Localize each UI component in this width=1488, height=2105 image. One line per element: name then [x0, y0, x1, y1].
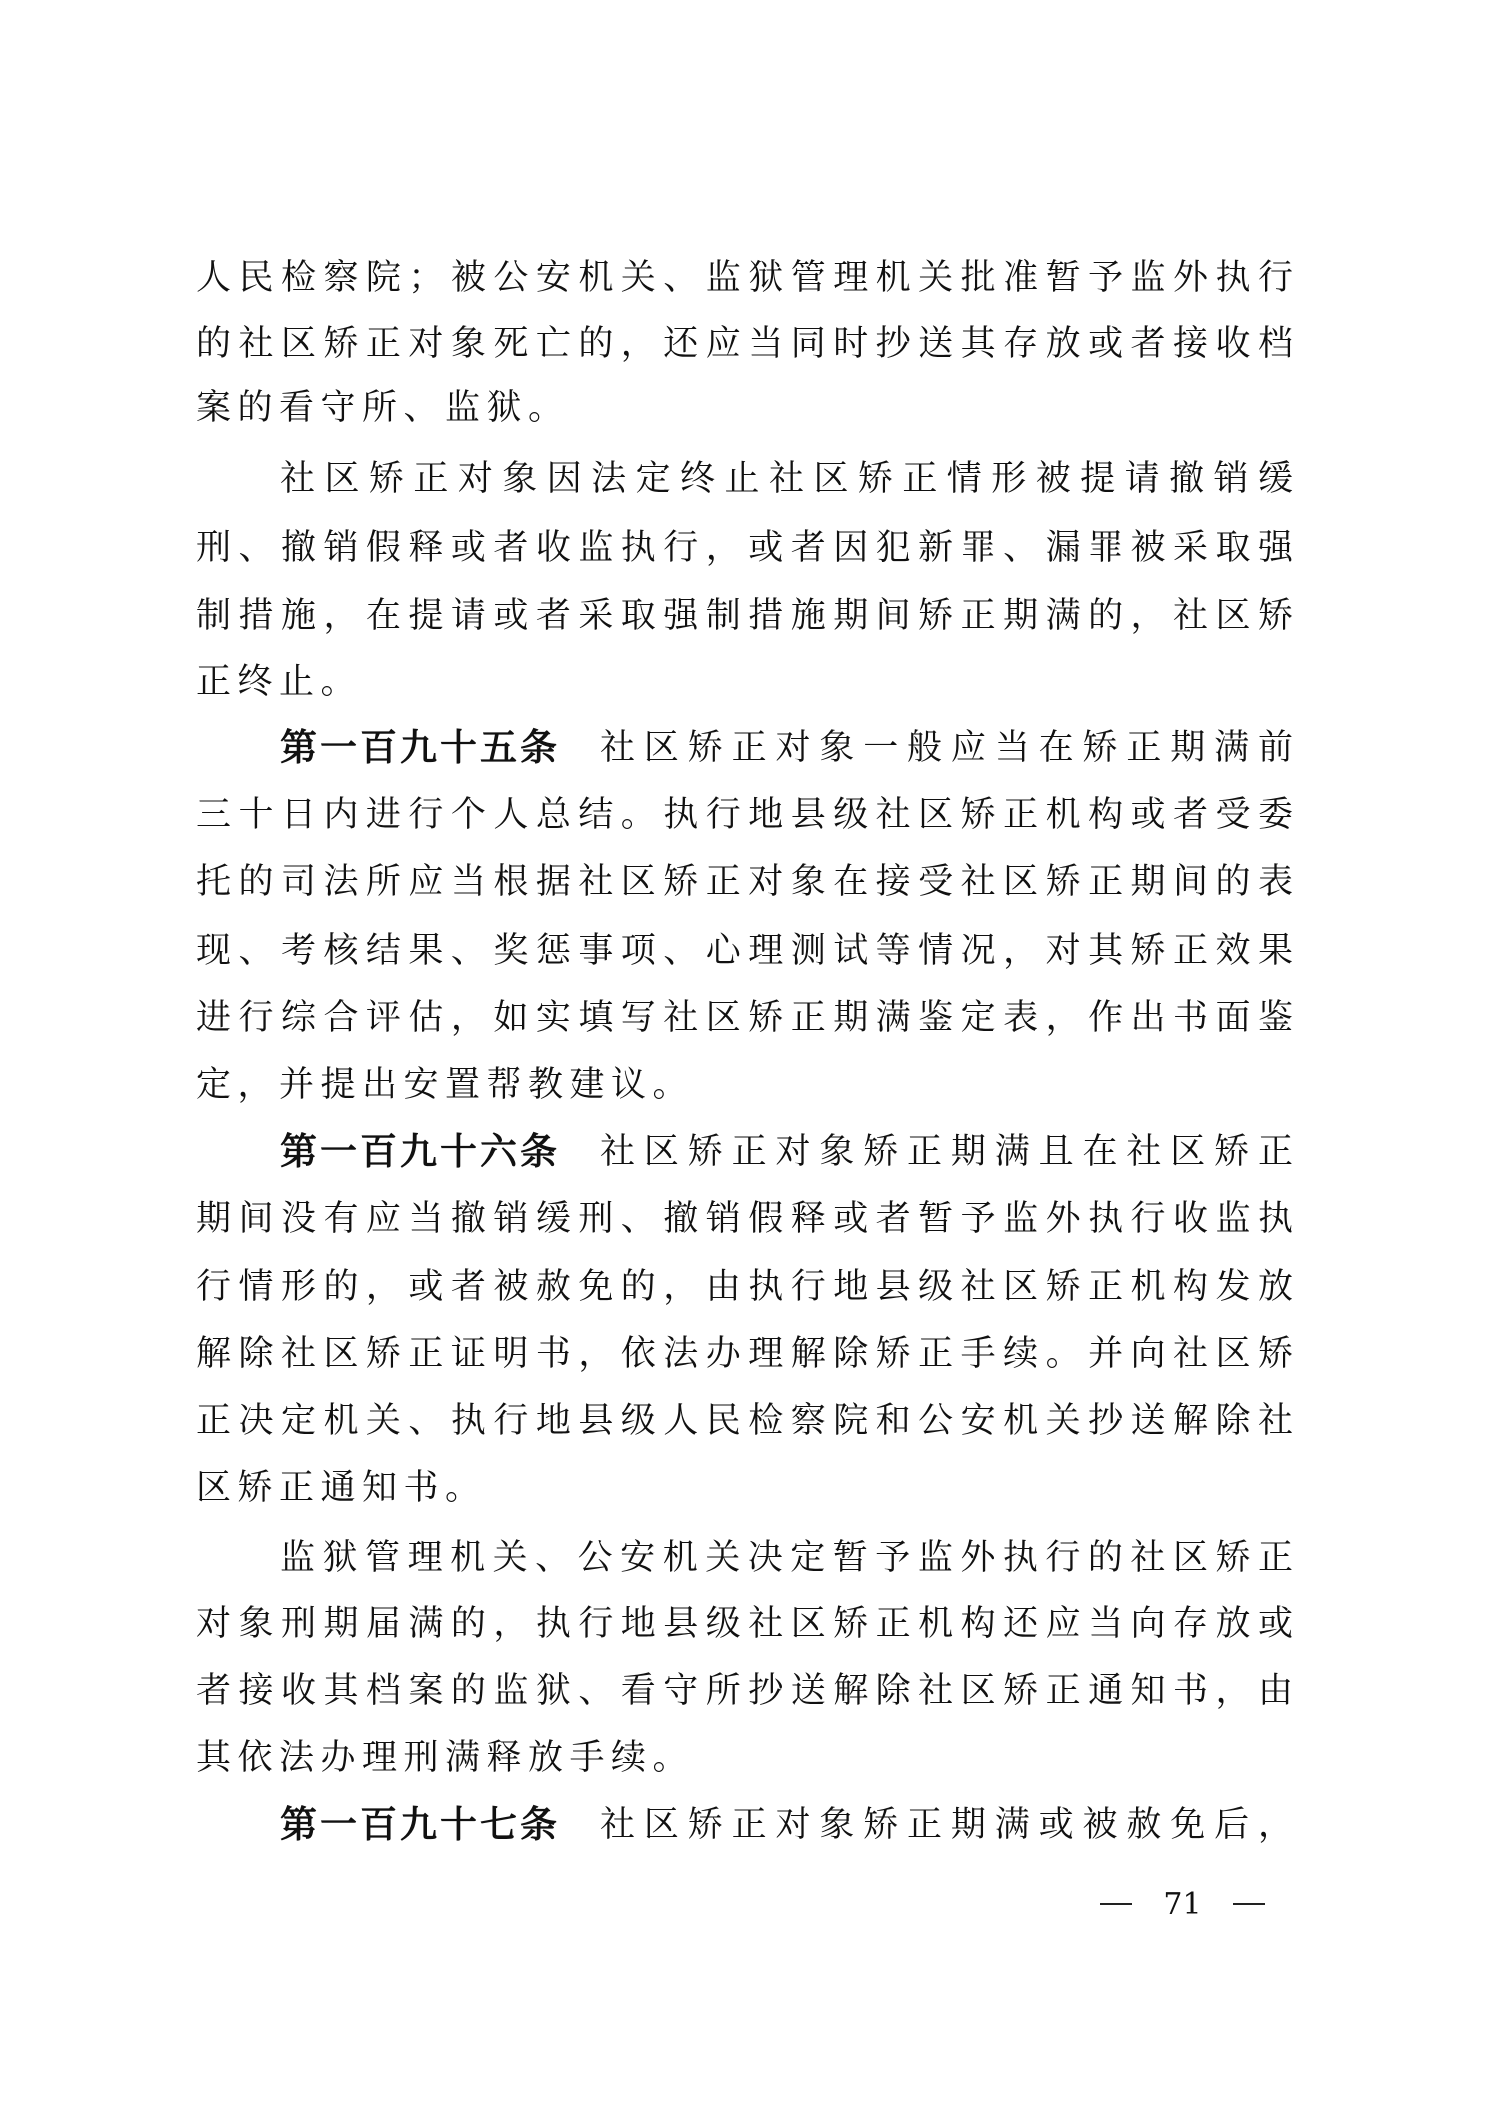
text-line-10: 托的司法所应当根据社区矫正对象在接受社区矫正期间的表 [196, 860, 1293, 904]
text-line-18: 正决定机关、执行地县级人民检察院和公安机关抄送解除社 [196, 1399, 1293, 1443]
paragraph-start-line: 社区矫正对象因法定终止社区矫正情形被提请撤销缓 [280, 457, 1293, 501]
article-body-start: 社区矫正对象矫正期满或被赦免后， [600, 1803, 1293, 1847]
text-line-5: 刑、撤销假释或者收监执行，或者因犯新罪、漏罪被采取强 [196, 526, 1293, 570]
text-line-17: 解除社区矫正证明书，依法办理解除矫正手续。并向社区矫 [196, 1332, 1293, 1376]
text-line-12: 进行综合评估，如实填写社区矫正期满鉴定表，作出书面鉴 [196, 996, 1293, 1040]
text-line-7: 正终止。 [196, 660, 1293, 704]
article-197: 第一百九十七条 社区矫正对象矫正期满或被赦免后， [280, 1803, 1293, 1847]
text-line-2: 的社区矫正对象死亡的，还应当同时抄送其存放或者接收档 [196, 322, 1293, 366]
article-body-start: 社区矫正对象矫正期满且在社区矫正 [600, 1130, 1293, 1174]
text-line-6: 制措施，在提请或者采取强制措施期间矫正期满的，社区矫 [196, 594, 1293, 638]
paragraph-start-line: 监狱管理机关、公安机关决定暂予监外执行的社区矫正 [280, 1536, 1293, 1580]
text-line-23: 其依法办理刑满释放手续。 [196, 1736, 1293, 1780]
document-page: 人民检察院；被公安机关、监狱管理机关批准暂予监外执行 的社区矫正对象死亡的，还应… [0, 0, 1488, 2105]
article-195: 第一百九十五条 社区矫正对象一般应当在矫正期满前 [280, 726, 1293, 770]
article-body-start: 社区矫正对象一般应当在矫正期满前 [600, 726, 1293, 770]
article-196: 第一百九十六条 社区矫正对象矫正期满且在社区矫正 [280, 1130, 1293, 1174]
text-line-16: 行情形的，或者被赦免的，由执行地县级社区矫正机构发放 [196, 1265, 1293, 1309]
text-line-9: 三十日内进行个人总结。执行地县级社区矫正机构或者受委 [196, 793, 1293, 837]
text-line-15: 期间没有应当撤销缓刑、撤销假释或者暂予监外执行收监执 [196, 1197, 1293, 1241]
text-line-21: 对象刑期届满的，执行地县级社区矫正机构还应当向存放或 [196, 1602, 1293, 1646]
page-number-right-dash [1233, 1903, 1265, 1905]
text-line-13: 定，并提出安置帮教建议。 [196, 1063, 1293, 1107]
text-line-19: 区矫正通知书。 [196, 1466, 1293, 1510]
text-line-11: 现、考核结果、奖惩事项、心理测试等情况，对其矫正效果 [196, 929, 1293, 973]
article-heading: 第一百九十五条 [280, 726, 560, 770]
article-heading: 第一百九十七条 [280, 1803, 560, 1847]
page-number-left-dash [1100, 1903, 1132, 1905]
page-number: 71 [1100, 1884, 1265, 1924]
article-heading: 第一百九十六条 [280, 1130, 560, 1174]
page-number-value: 71 [1163, 1887, 1201, 1922]
text-line-22: 者接收其档案的监狱、看守所抄送解除社区矫正通知书，由 [196, 1669, 1293, 1713]
text-line-1: 人民检察院；被公安机关、监狱管理机关批准暂予监外执行 [196, 256, 1293, 300]
text-line-3: 案的看守所、监狱。 [196, 386, 1293, 430]
